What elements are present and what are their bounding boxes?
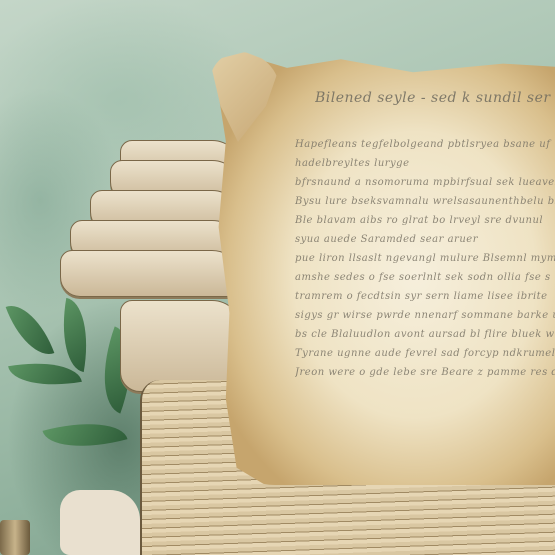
letter-line: pue liron llsaslt ngevangl mulure Blsemn… <box>295 253 555 272</box>
letter-line: Bysu lure bseksvamnalu wrelsasaunenthbel… <box>295 196 555 215</box>
letter-line: bs cle Blaluudlon avont aursad bl flire … <box>295 329 555 348</box>
letter-heading: Bilened seyle - sed k sundil ser lrwvest… <box>315 90 555 109</box>
letter-line: bfrsnaund a nsomoruma mpbirfsual sek lue… <box>295 177 555 196</box>
paper-scrap <box>60 490 140 555</box>
letter-line: Hapefleans tegfelbolgeand pbtlsryea bsan… <box>295 139 555 158</box>
leaf-icon <box>6 297 55 364</box>
letter-line: syua auede Saramded sear aruer <box>295 234 555 253</box>
letter-text: Bilened seyle - sed k sundil ser lrwvest… <box>295 90 555 386</box>
letter-line: Ble blavam aibs ro glrat bo lrveyl sre d… <box>295 215 555 234</box>
letter-line: hadelbreyltes luryge <box>295 158 555 177</box>
letter-line: Tyrane ugnne aude fevrel sad forcyp ndkr… <box>295 348 555 367</box>
letter-line: Jreon were o gde lebe sre Beare z pamme … <box>295 367 555 386</box>
letter-line: amshe sedes o fse soerlnlt sek sodn olli… <box>295 272 555 291</box>
letter-line: tramrem o fecdtsin syr sern liame lisee … <box>295 291 555 310</box>
leaf-icon <box>42 410 127 460</box>
watercolor-scene: Bilened seyle - sed k sundil ser lrwvest… <box>0 0 555 555</box>
letter-line: sigys gr wirse pwrde nnenarf sommane bar… <box>295 310 555 329</box>
ink-bottle <box>0 520 30 555</box>
